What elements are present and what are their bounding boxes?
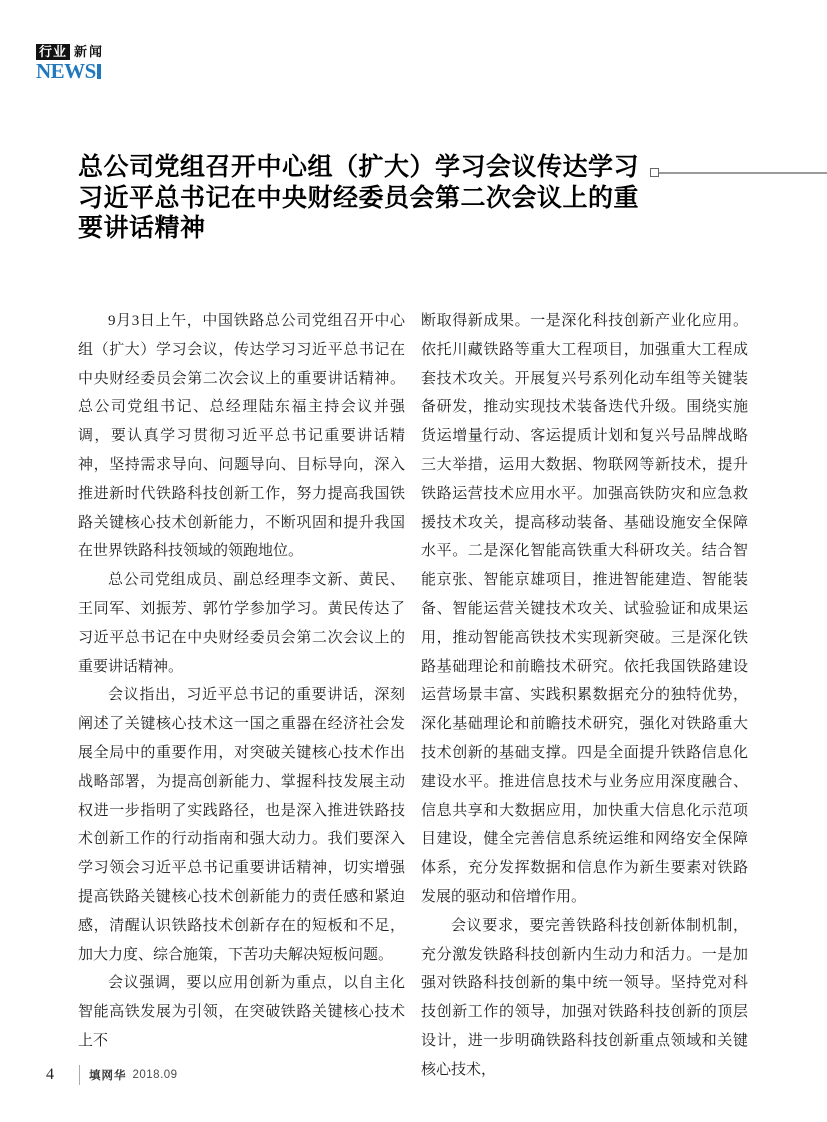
issue-date: 2018.09: [133, 1069, 178, 1081]
title-decorative-rule: [650, 168, 827, 177]
paragraph: 会议强调，要以应用创新为重点，以自主化智能高铁发展为引领，在突破铁路关键核心技术…: [78, 969, 405, 1055]
right-column: 断取得新成果。一是深化科技创新产业化应用。依托川藏铁路等重大工程项目，加强重大工…: [421, 307, 748, 1085]
magazine-name: 填网华: [89, 1067, 127, 1083]
logo-news-label: NEWS: [36, 61, 96, 82]
logo-badge-hangye: 行业: [36, 44, 70, 60]
logo-news-bar-icon: [97, 64, 101, 79]
article-body: 9月3日上午，中国铁路总公司党组召开中心组（扩大）学习会议，传达学习习近平总书记…: [78, 307, 748, 1085]
rule-square-icon: [650, 168, 659, 177]
rule-line: [659, 172, 827, 174]
industry-news-logo: 行业 新闻 NEWS: [36, 44, 104, 82]
footer-divider: [79, 1065, 80, 1085]
paragraph: 9月3日上午，中国铁路总公司党组召开中心组（扩大）学习会议，传达学习习近平总书记…: [78, 307, 405, 566]
page-number: 4: [46, 1066, 54, 1084]
article-title-line-2: 习近平总书记在中央财经委员会第二次会议上的重: [78, 183, 639, 214]
article-title-line-3: 要讲话精神: [78, 213, 639, 244]
magazine-page: 行业 新闻 NEWS 总公司党组召开中心组（扩大）学习会议传达学习 习近平总书记…: [0, 0, 827, 1122]
paragraph: 会议指出，习近平总书记的重要讲话，深刻阐述了关键核心技术这一国之重器在经济社会发…: [78, 681, 405, 969]
article-title-line-1: 总公司党组召开中心组（扩大）学习会议传达学习: [78, 152, 639, 183]
paragraph: 会议要求，要完善铁路科技创新体制机制，充分激发铁路科技创新内生动力和活力。一是加…: [421, 912, 748, 1085]
logo-label-xinwen: 新闻: [74, 44, 104, 60]
page-footer: 4 填网华 2018.09: [46, 1064, 178, 1086]
left-column: 9月3日上午，中国铁路总公司党组召开中心组（扩大）学习会议，传达学习习近平总书记…: [78, 307, 405, 1085]
paragraph: 总公司党组成员、副总经理李文新、黄民、王同军、刘振芳、郭竹学参加学习。黄民传达了…: [78, 566, 405, 681]
article-title: 总公司党组召开中心组（扩大）学习会议传达学习 习近平总书记在中央财经委员会第二次…: [78, 152, 639, 244]
paragraph-continuation: 断取得新成果。一是深化科技创新产业化应用。依托川藏铁路等重大工程项目，加强重大工…: [421, 307, 748, 912]
logo-news-row: NEWS: [36, 61, 104, 82]
logo-chinese-row: 行业 新闻: [36, 44, 104, 60]
